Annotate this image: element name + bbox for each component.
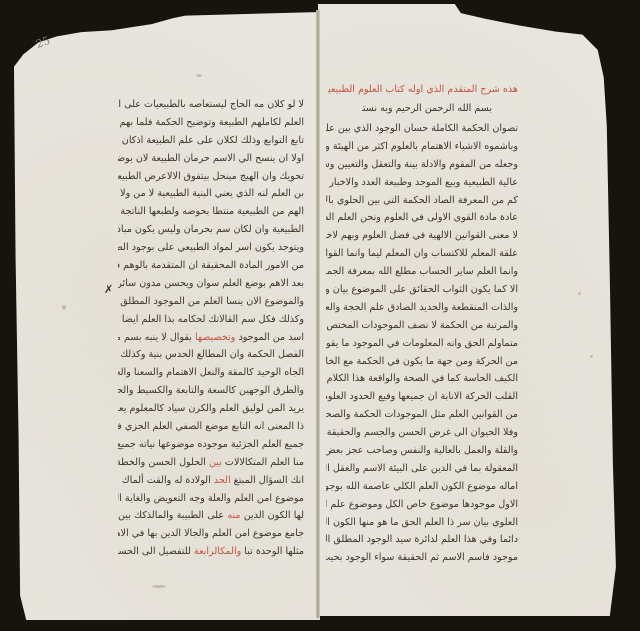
text-line: اسد من الموجود وتخصيصها بقوال لا ينبه بس… [118,329,304,347]
text-line: بعد الاهم بوضع العلم سوان ويحسن مدون سائ… [118,275,304,293]
text-line: كم من المعرفة الصاد الحكمة التي بين الحل… [326,192,518,210]
text-line: وكذلك فكل سم القالاتك لحكامه بذا العلم ا… [118,311,304,329]
paper-stain [152,585,166,588]
paper-stain [578,292,581,295]
manuscript-photo: { "manuscript": { "description": "Open A… [0,0,640,631]
text-line: اولا ان ينسح الي الاسم حرمان الطبيعة لان… [118,150,304,168]
paper-stain [62,305,66,310]
text-line: القلب الحركة الانابة ان جميعها وفيع الحد… [326,388,518,406]
book-gutter [316,10,320,618]
text-line: المعقولة بما في الدين على البيئة الاسم و… [326,460,518,478]
text-line: من القوانين العلم مثل الموجودات الحكمة و… [326,406,518,424]
text-line: عادة مادة القوى الاولى في العلوم ونحن ال… [326,209,518,227]
text-line: والذات المنقطعة والحديد الصادق علم الحجة… [326,299,518,317]
text-line: علقة المعلم للاكتساب وان المعلم ليما وان… [326,245,518,263]
text-line: عالية الطبيعية وبيع الموجد وطبيعة العدد … [326,174,518,192]
text-line: يريد المن لوليق العلم والكرن سياد كالمعل… [118,400,304,418]
text-line: مثلها الوحدة تبا والمكالرابعة للتفصيل ال… [118,543,304,561]
rubric-word: وتخصيصها [192,332,235,343]
text-line: من الامور المادة المحقيقة ان المتقدمة با… [118,257,304,275]
rubric-word: والمكالرابعة [191,546,241,557]
text-line: اماله موضوع الكون العلم الكلي عاصمة الله… [326,478,518,496]
text-line: انك السؤال المبتغ الحد الولادة له والقت … [118,472,304,490]
text-line: الاول موجودها موضوع خاص الكل وموضوع علم … [326,496,518,514]
right-text-block: تصوان الحكمة الكاملة حسان الوجود الذي بي… [326,120,518,567]
text-line: الا كما يكون الثواب الحقائق على الموضوع … [326,281,518,299]
text-line: وباشموه الاشياء الاهتمام بالعلوم اكثر من… [326,138,518,156]
left-text-block: لا لو كلان مه الحاج ليستعاصه بالطبيعيات … [118,96,304,561]
text-line: جميع العلم الجزئية موجوده موضوعها نياته … [118,436,304,454]
text-line: الهم من الطبيعية منتطا بحوضه ولطبعها الن… [118,203,304,221]
rubric-word: الحد [211,475,231,486]
text-line: دائما وفي هذا العلم لدائرة سيد الوجود ال… [326,531,518,549]
rubric-heading: هذه شرح المتقدم الذي اوله كتاب العلوم ال… [328,84,518,95]
text-line: تحويك وان الهيج مينحل بيتفوق الالاعرض ال… [118,168,304,186]
text-line: موجود فاسم الاسم ثم الحقيقة سواء الوجود … [326,549,518,567]
paper-stain [590,355,593,358]
paper-stain [196,74,202,77]
text-line: لا لو كلان مه الحاج ليستعاصه بالطبيعيات … [118,96,304,114]
rubric-word: بين [206,457,222,468]
text-line: العلوي بيان سر ذا العلم الحق ما هو منها … [326,514,518,532]
text-line: من الحركة ومن جهة ما يكون في الحكمة مع ا… [326,353,518,371]
text-line: متماولم الحق وانه المعلومات في الموجود م… [326,335,518,353]
text-line: والمرتبة من الحكمة لا نصف الموجودات المخ… [326,317,518,335]
text-line: العلم لكاملهم الطبيعة وتوضيح الحكمة فلما… [118,114,304,132]
text-line: الجاه الوحيد كالمقة والنعل الاهتمام والس… [118,364,304,382]
margin-mark: ✗ [104,283,113,296]
text-line: والقلة والعمل بالعالية والنفس وصاحب عجز … [326,442,518,460]
text-line: الفصل الحكمة وان المطالع الحدس بنية وكذل… [118,346,304,364]
text-line: ويتوجد يكون اسر لمواد الطبيعي على بوجود … [118,239,304,257]
text-line: والطرق الوجهين كالسعة والتابعة والكسيط و… [118,382,304,400]
basmala-line: بسم الله الرحمن الرحيم وبه نستعين في الك… [362,103,492,114]
text-line: الطبيعية وان لكان سم بحرمان وليس يكون مب… [118,221,304,239]
text-line: وجعله من المقوم والادلة بينة والتعقل وال… [326,156,518,174]
text-line: وانما العلم ساير الحساب مطلع الله بمعرفة… [326,263,518,281]
text-line: تابع التوابع وذلك لكلان على علم الطبيعة … [118,132,304,150]
rubric-word: منه [224,510,240,521]
text-line: الكيف الحاسة كما في الصحة والواقعة هذا ا… [326,370,518,388]
text-line: لها الكون الدين منه على الطبيبة والمالذك… [118,507,304,525]
text-line: تصوان الحكمة الكاملة حسان الوجود الذي بي… [326,120,518,138]
text-line: والموضوع الان ينسا العلم من الموجود المط… [118,293,304,311]
text-line: ذا المعنى انه التابع موضع الصفي العلم ال… [118,418,304,436]
text-line: موضوع امن العلم والعلة وجه التعويض والغا… [118,490,304,508]
text-line: جامع موضوع امن العلم والجالا الدين بها ف… [118,525,304,543]
text-line: وفلا الحيوان الى غرض الحسن والجسم والحقي… [326,424,518,442]
text-line: لا معنى القوانين الالهية في فضل العلوم و… [326,227,518,245]
text-line: منا العلم المتكالالات بين الحلول الحسن و… [118,454,304,472]
text-line: بن العلم لنه الذي يعني البنية الطبيعية ل… [118,185,304,203]
